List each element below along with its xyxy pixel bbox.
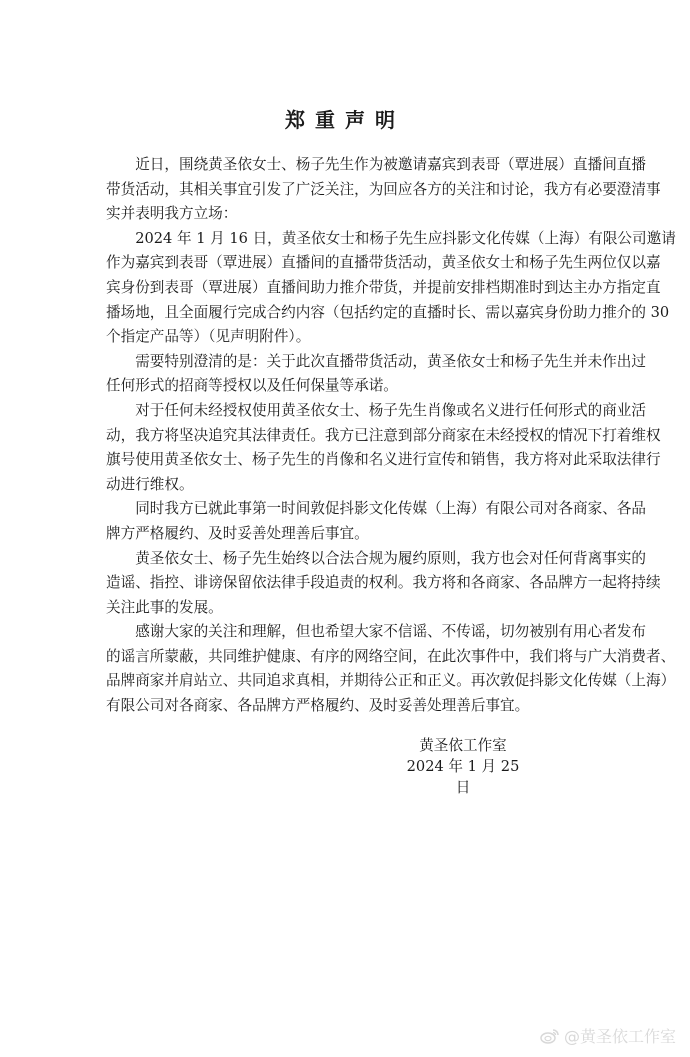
paragraph-line: 关注此事的发展。 xyxy=(106,596,588,621)
paragraph-line: 旗号使用黄圣依女士、杨子先生的肖像和名义进行宣传和销售，我方将对此采取法律行 xyxy=(106,448,588,473)
paragraph-line: 有限公司对各商家、各品牌方严格履约、及时妥善处理善后事宜。 xyxy=(106,694,588,719)
paragraph-line: 对于任何未经授权使用黄圣依女士、杨子先生肖像或名义进行任何形式的商业活 xyxy=(106,399,588,424)
paragraph-line: 近日，围绕黄圣依女士、杨子先生作为被邀请嘉宾到表哥（覃进展）直播间直播 xyxy=(106,153,588,178)
paragraph-line: 宾身份到表哥（覃进展）直播间助力推介带货，并提前安排档期准时到达主办方指定直 xyxy=(106,276,588,301)
signature-name: 黄圣依工作室 xyxy=(398,735,528,756)
paragraph: 黄圣依女士、杨子先生始终以合法合规为履约原则，我方也会对任何背离事实的造谣、指控… xyxy=(106,547,588,621)
signature-date: 2024 年 1 月 25 日 xyxy=(398,756,528,798)
paragraph-line: 品牌商家并肩站立、共同追求真相，并期待公正和正义。再次敦促抖影文化传媒（上海） xyxy=(106,669,588,694)
paragraph-line: 同时我方已就此事第一时间敦促抖影文化传媒（上海）有限公司对各商家、各品 xyxy=(106,497,588,522)
weibo-icon xyxy=(540,1028,560,1044)
signature-block: 黄圣依工作室 2024 年 1 月 25 日 xyxy=(398,735,528,798)
document-body: 近日，围绕黄圣依女士、杨子先生作为被邀请嘉宾到表哥（覃进展）直播间直播带货活动，… xyxy=(106,153,588,719)
paragraph: 对于任何未经授权使用黄圣依女士、杨子先生肖像或名义进行任何形式的商业活动，我方将… xyxy=(106,399,588,497)
paragraph-line: 黄圣依女士、杨子先生始终以合法合规为履约原则，我方也会对任何背离事实的 xyxy=(106,547,588,572)
document-title: 郑重声明 xyxy=(0,106,690,134)
paragraph-line: 牌方严格履约、及时妥善处理善后事宜。 xyxy=(106,522,588,547)
paragraph: 同时我方已就此事第一时间敦促抖影文化传媒（上海）有限公司对各商家、各品牌方严格履… xyxy=(106,497,588,546)
document-page: 郑重声明 近日，围绕黄圣依女士、杨子先生作为被邀请嘉宾到表哥（覃进展）直播间直播… xyxy=(0,0,690,1057)
paragraph: 需要特别澄清的是：关于此次直播带货活动，黄圣依女士和杨子先生并未作出过任何形式的… xyxy=(106,350,588,399)
paragraph-line: 感谢大家的关注和理解，但也希望大家不信谣、不传谣，切勿被别有用心者发布 xyxy=(106,620,588,645)
paragraph-line: 实并表明我方立场： xyxy=(106,202,588,227)
weibo-watermark: @黄圣依工作室 xyxy=(540,1024,676,1047)
paragraph-line: 任何形式的招商等授权以及任何保量等承诺。 xyxy=(106,374,588,399)
paragraph: 近日，围绕黄圣依女士、杨子先生作为被邀请嘉宾到表哥（覃进展）直播间直播带货活动，… xyxy=(106,153,588,227)
paragraph-line: 的谣言所蒙蔽，共同维护健康、有序的网络空间，在此次事件中，我们将与广大消费者、 xyxy=(106,645,588,670)
paragraph-line: 2024 年 1 月 16 日，黄圣依女士和杨子先生应抖影文化传媒（上海）有限公… xyxy=(106,227,588,252)
paragraph-line: 需要特别澄清的是：关于此次直播带货活动，黄圣依女士和杨子先生并未作出过 xyxy=(106,350,588,375)
paragraph: 感谢大家的关注和理解，但也希望大家不信谣、不传谣，切勿被别有用心者发布的谣言所蒙… xyxy=(106,620,588,718)
paragraph-line: 造谣、指控、诽谤保留依法律手段追责的权利。我方将和各商家、各品牌方一起将持续 xyxy=(106,571,588,596)
paragraph-line: 作为嘉宾到表哥（覃进展）直播间的直播带货活动，黄圣依女士和杨子先生两位仅以嘉 xyxy=(106,251,588,276)
paragraph-line: 动进行维权。 xyxy=(106,473,588,498)
watermark-text: @黄圣依工作室 xyxy=(564,1024,676,1047)
paragraph-line: 个指定产品等）（见声明附件）。 xyxy=(106,325,588,350)
paragraph-line: 带货活动，其相关事宜引发了广泛关注，为回应各方的关注和讨论，我方有必要澄清事 xyxy=(106,178,588,203)
paragraph: 2024 年 1 月 16 日，黄圣依女士和杨子先生应抖影文化传媒（上海）有限公… xyxy=(106,227,588,350)
paragraph-line: 播场地，且全面履行完成合约内容（包括约定的直播时长、需以嘉宾身份助力推介的 30 xyxy=(106,301,588,326)
paragraph-line: 动，我方将坚决追究其法律责任。我方已注意到部分商家在未经授权的情况下打着维权 xyxy=(106,424,588,449)
